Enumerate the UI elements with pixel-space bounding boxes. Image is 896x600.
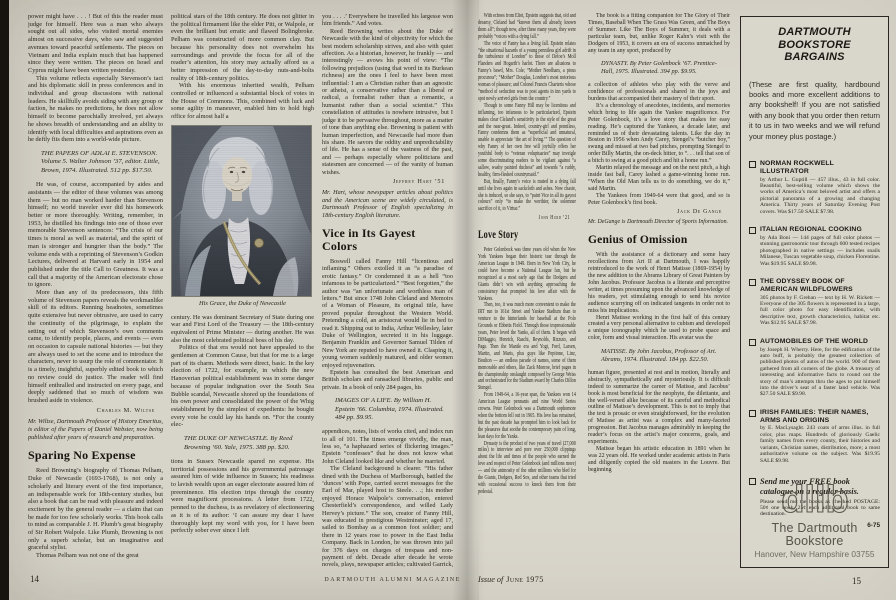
checkbox[interactable]: [749, 410, 756, 417]
fanny-hill-paragraph: The voice of Fanny has a living fall. Ep…: [478, 41, 576, 103]
newcastle-paragraph: Politics of that era would not have appe…: [171, 344, 314, 429]
issue-footer-prefix: Issue of: [478, 575, 503, 584]
left-page-column-1: power might have . . . ! But of this the…: [28, 13, 163, 567]
dynasty-paragraph: a collection of athletes who play with t…: [588, 82, 730, 103]
stevenson-paragraph: power might have . . . ! But of this the…: [28, 13, 163, 75]
book-citation-stevenson: THE PAPERS OF ADLAI E. STEVENSON. Volume…: [41, 150, 160, 175]
fanny-hill-paragraph: Boswell called Fanny Hill “licentious an…: [322, 258, 453, 369]
ad-book-title: IRISH FAMILIES: THEIR NAMES, ARMS AND OR…: [760, 409, 880, 425]
ad-guarantee-text: (These are first quality, hardbound book…: [749, 80, 880, 142]
dynasty-paragraph: Then, too, it was much more convenient t…: [478, 302, 576, 392]
newcastle-paragraph: Thomas Pelham was not one of the great: [28, 552, 163, 560]
checkbox[interactable]: [749, 227, 756, 234]
newcastle-paragraph: political stars of the 18th century. He …: [171, 13, 314, 82]
ad-book-item: ITALIAN REGIONAL COOKING by Ada Boni — 1…: [749, 226, 880, 267]
book-citation-dynasty: DYNASTY. By Peter Golenbock ’67. Prentic…: [601, 60, 727, 76]
stevenson-paragraph: He was, of course, accompanied by aides …: [28, 181, 163, 289]
ad-book-title: NORMAN ROCKWELL ILLUSTRATOR: [760, 160, 880, 176]
reviewer-bio-note: Mr. Hart, whose newspaper articles about…: [322, 189, 453, 219]
checkbox[interactable]: [749, 339, 756, 346]
engraved-portrait-graphic: [172, 126, 311, 296]
ad-title: DARTMOUTH BOOKSTORE BARGAINS: [749, 26, 880, 64]
ad-book-title: AUTOMOBILES OF THE WORLD: [760, 338, 868, 346]
newcastle-paragraph: With his enormous inherited wealth, Pelh…: [171, 82, 314, 121]
newcastle-paragraph: you . . . .’ Everywhere he travelled his…: [322, 13, 453, 28]
stevenson-paragraph: This volume reflects especially Stevenso…: [28, 75, 163, 144]
right-page-column-2: The book is a fitting companion for The …: [588, 13, 730, 567]
bookstore-logo-mark: dllb: [781, 479, 849, 517]
ad-book-item: IRISH FAMILIES: THEIR NAMES, ARMS AND OR…: [749, 409, 880, 464]
matisse-paragraph: With the assistance of a dictionary and …: [588, 252, 730, 314]
ad-book-item: THE ODYSSEY BOOK OF AMERICAN WILDFLOWERS…: [749, 278, 880, 327]
ad-book-description: by Ada Boni — 144 pages of full color ph…: [760, 235, 880, 267]
dynasty-paragraph: The Yankees from 1949-64 were that good,…: [588, 193, 730, 207]
magazine-title-footer: DARTMOUTH ALUMNI MAGAZINE: [324, 577, 461, 583]
article-heading-genius-of-omission: Genius of Omission: [588, 234, 730, 247]
ad-book-title: ITALIAN REGIONAL COOKING: [760, 226, 862, 234]
newcastle-paragraph: tions in Sussex Newcastle spared no expe…: [171, 458, 314, 535]
bookstore-advertisement-box: DARTMOUTH BOOKSTORE BARGAINS (These are …: [740, 16, 889, 568]
portrait-caption: His Grace, the Duke of Newcastle: [171, 300, 314, 308]
reviewer-signature-wiltse: Charles M. Wiltse: [28, 407, 163, 415]
ad-book-description: by E. MacLysaght. 243 coats of arms illu…: [760, 425, 880, 463]
fanny-hill-paragraph: But, finally, Fanny’s voice is muted in …: [478, 179, 576, 214]
checkbox[interactable]: [749, 161, 756, 168]
right-page-number: 15: [852, 576, 861, 586]
reviewer-signature-hurd: John Hurd ’21: [478, 215, 576, 222]
issue-date-footer: Issue ofJune 1975: [478, 575, 544, 584]
dynasty-paragraph: It’s a chronology of anecdotes, incident…: [588, 103, 730, 165]
article-heading-sparing-no-expense: Sparing No Expense: [28, 449, 163, 462]
book-citation-duke-of-newcastle: THE DUKE OF NEWCASTLE. By Reed Browning …: [184, 435, 311, 452]
reviewer-bio-note: Mr. DeGange is Dartmouth Director of Spo…: [588, 219, 730, 226]
book-citation-images-of-a-life: IMAGES OF A LIFE. By William H. Epstein …: [335, 397, 450, 422]
reviewer-signature-degange: Jack De Gange: [588, 209, 730, 216]
matisse-paragraph: Henri Matisse working in the first half …: [588, 315, 730, 343]
right-page-column-1: With echoes from Eliot, Epstein suggests…: [478, 13, 576, 567]
newcastle-paragraph: Reed Browning’s biography of Thomas Pelh…: [28, 467, 163, 552]
left-page-number: 14: [30, 574, 39, 584]
bookstore-logo-glyph: dllb: [776, 473, 854, 517]
ad-book-description: by Arthur L. Guptill — 457 illus., 43 in…: [760, 177, 880, 215]
ad-book-description: 305 photos by F. Grehan — text by H. W. …: [760, 295, 880, 327]
matisse-paragraph: human figure, presented at rest and in m…: [588, 370, 730, 446]
reviewer-signature-hart: Jeffrey Hart ’51: [322, 178, 453, 185]
reviewer-bio-note: Mr. Wiltse, Dartmouth Professor of Histo…: [28, 418, 163, 441]
ad-book-description: by Joseph H. Wherry. Here, for the edifi…: [760, 347, 880, 398]
fanny-hill-paragraph: Epstein has consulted the best American …: [322, 369, 453, 391]
fanny-hill-paragraph: Though to some Fanny Hill may be licenti…: [478, 103, 576, 179]
article-heading-love-story: Love Story: [478, 229, 576, 242]
newcastle-portrait-image: [171, 125, 312, 297]
book-citation-matisse: MATISSE. By John Jacobus, Professor of A…: [601, 348, 727, 364]
stevenson-paragraph: More than any of its predecessors, this …: [28, 289, 163, 405]
matisse-paragraph: Matisse began his artistic education in …: [588, 446, 730, 474]
dynasty-paragraph: Martin relayed the message and on the ne…: [588, 165, 730, 193]
bookstore-logo: dllb The Dartmouth Bookstore Hanover, Ne…: [741, 473, 888, 559]
fanny-hill-paragraph: With echoes from Eliot, Epstein suggests…: [478, 13, 576, 41]
newcastle-paragraph: Reed Browning writes about the Duke of N…: [322, 28, 453, 176]
ad-book-item: AUTOMOBILES OF THE WORLD by Joseph H. Wh…: [749, 338, 880, 398]
dynasty-paragraph: The book is a fitting companion for The …: [588, 13, 730, 54]
left-page-column-2: political stars of the 18th century. He …: [171, 13, 314, 567]
bookstore-name: The Dartmouth Bookstore: [741, 522, 888, 548]
ad-book-item: NORMAN ROCKWELL ILLUSTRATOR by Arthur L.…: [749, 160, 880, 215]
ad-book-title: THE ODYSSEY BOOK OF AMERICAN WILDFLOWERS: [760, 278, 880, 294]
dynasty-paragraph: Dynasty is the product of two years of t…: [478, 441, 576, 496]
photo-dark-edge: [0, 0, 9, 600]
newcastle-paragraph: century. He was dominant Secretary of St…: [171, 314, 314, 345]
checkbox[interactable]: [749, 279, 756, 286]
magazine-spread-photo: { "spread": { "left_page_number": "14", …: [0, 0, 896, 600]
dynasty-paragraph: Peter Golenbock was three years old when…: [478, 247, 576, 302]
fanny-hill-paragraph: appendices, notes, lists of works cited,…: [322, 428, 453, 465]
issue-footer-date: June 1975: [506, 575, 544, 584]
fanny-hill-paragraph: The Cleland background is clearer. “His …: [322, 465, 453, 567]
portrait-figure: His Grace, the Duke of Newcastle: [171, 125, 314, 308]
ad-title-line1: DARTMOUTH BOOKSTORE: [749, 26, 880, 51]
article-heading-vice-in-its-gayest-colors: Vice in Its Gayest Colors: [322, 227, 453, 253]
bookstore-address: Hanover, New Hampshire 03755: [741, 549, 888, 559]
left-page-column-3: you . . . .’ Everywhere he travelled his…: [322, 13, 453, 567]
dynasty-paragraph: From 1949-64, a 16-year span, the Yankee…: [478, 392, 576, 440]
ad-title-line2: BARGAINS: [749, 51, 880, 64]
